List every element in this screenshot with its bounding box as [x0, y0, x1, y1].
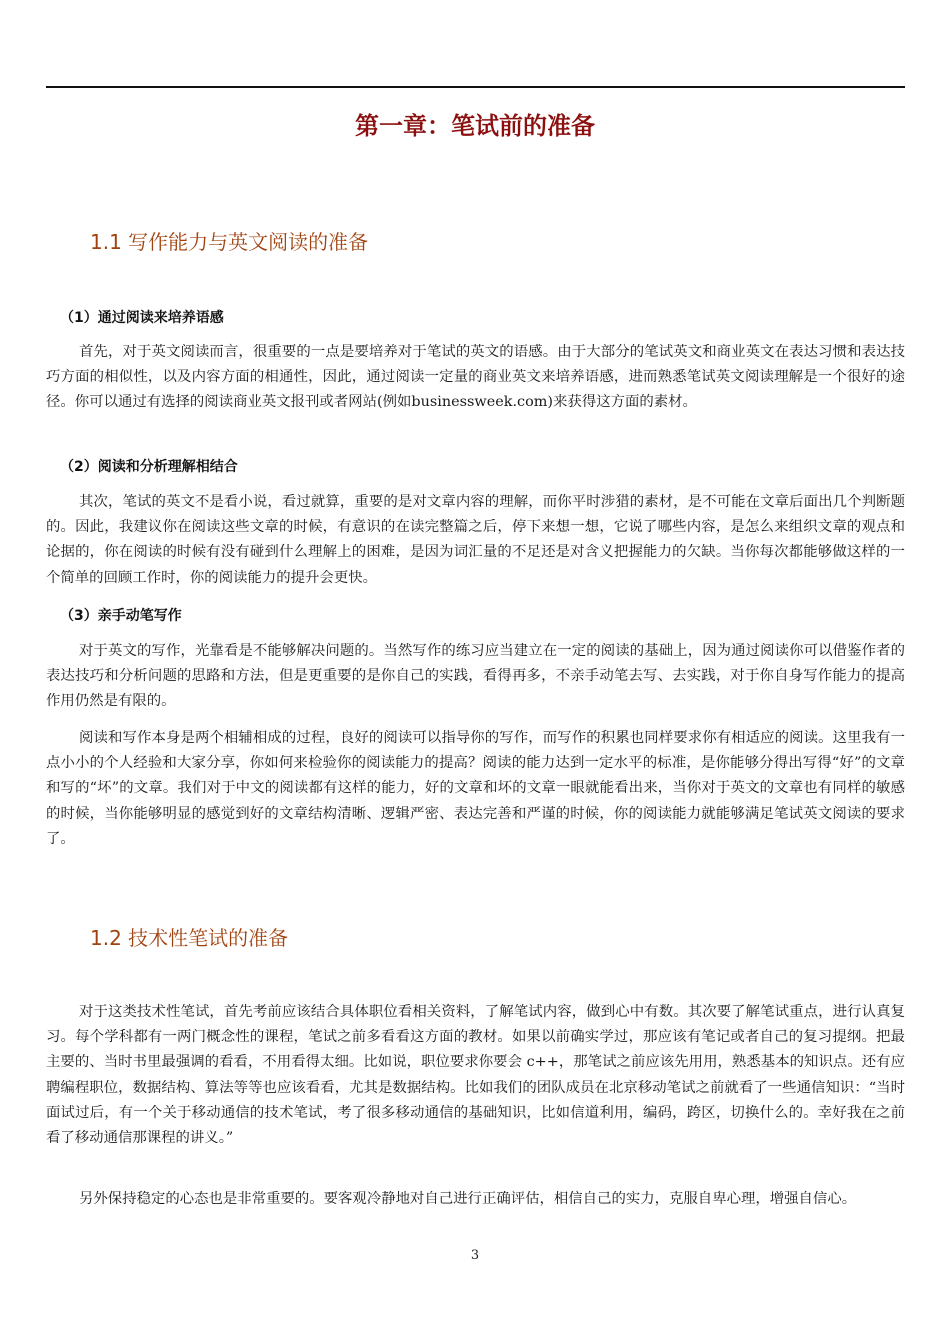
paragraph: 其次，笔试的英文不是看小说，看过就算，重要的是对文章内容的理解，而你平时涉猎的素… — [46, 490, 905, 591]
paragraph: 另外保持稳定的心态也是非常重要的。要客观冷静地对自己进行正确评估，相信自己的实力… — [46, 1187, 905, 1212]
paragraph: 对于这类技术性笔试，首先考前应该结合具体职位看相关资料，了解笔试内容，做到心中有… — [46, 1000, 905, 1151]
section-title-1-1: 1.1 写作能力与英文阅读的准备 — [90, 226, 368, 255]
subsection-title-2: （2）阅读和分析理解相结合 — [60, 456, 238, 476]
document-page: 第一章：笔试前的准备 1.1 写作能力与英文阅读的准备 （1）通过阅读来培养语感… — [0, 0, 950, 1344]
subsection-title-3: （3）亲手动笔写作 — [60, 605, 182, 625]
paragraph: 阅读和写作本身是两个相辅相成的过程，良好的阅读可以指导你的写作，而写作的积累也同… — [46, 726, 905, 852]
chapter-title: 第一章：笔试前的准备 — [0, 106, 950, 141]
subsection-title-1: （1）通过阅读来培养语感 — [60, 307, 224, 327]
page-number: 3 — [0, 1248, 950, 1263]
paragraph: 对于英文的写作，光靠看是不能够解决问题的。当然写作的练习应当建立在一定的阅读的基… — [46, 639, 905, 715]
section-title-1-2: 1.2 技术性笔试的准备 — [90, 922, 288, 951]
paragraph: 首先，对于英文阅读而言，很重要的一点是要培养对于笔试的英文的语感。由于大部分的笔… — [46, 340, 905, 416]
header-rule — [46, 86, 905, 88]
